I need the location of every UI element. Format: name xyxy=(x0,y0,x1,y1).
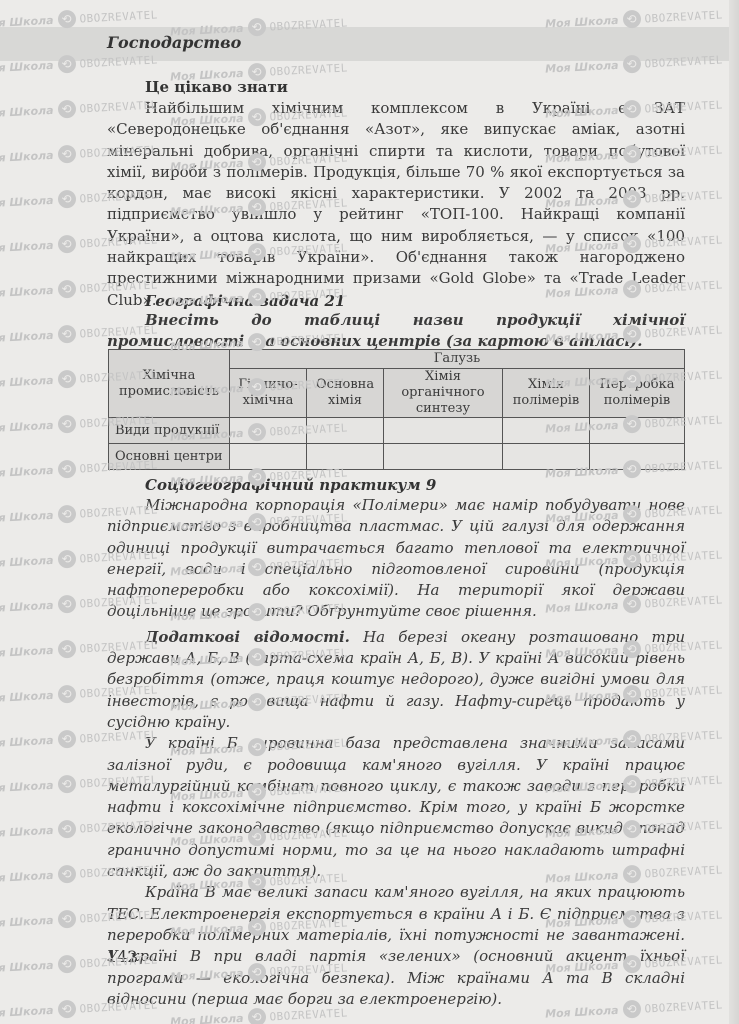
watermark-brand: Моя Школа xyxy=(0,1003,54,1020)
globe-arrow-icon: ⟲ xyxy=(57,640,76,659)
globe-arrow-icon: ⟲ xyxy=(57,820,76,839)
table-row-label: Основні центри xyxy=(109,444,230,470)
table-cell xyxy=(307,444,384,470)
globe-arrow-icon: ⟲ xyxy=(622,10,641,29)
table-row: Види продукції xyxy=(109,418,685,444)
watermark-brand: Моя Школа xyxy=(0,193,54,210)
watermark-brand: Моя Школа xyxy=(0,958,54,975)
info-paragraph: Найбільшим хімічним комплексом в Україні… xyxy=(107,98,685,311)
watermark-brand: Моя Школа xyxy=(0,733,54,750)
table-group-header: Галузь xyxy=(230,350,685,369)
table-cell xyxy=(384,444,503,470)
practicum-extra-info: Додаткові відомості. На березі океану ро… xyxy=(107,627,685,733)
watermark-name: OBOZREVATEL xyxy=(79,8,158,25)
table-cell xyxy=(230,444,307,470)
watermark-brand: Моя Школа xyxy=(0,328,54,345)
watermark-name: OBOZREVATEL xyxy=(269,61,348,78)
table-cell xyxy=(590,418,685,444)
watermark-brand: Моя Школа xyxy=(0,238,54,255)
table-row-label: Види продукції xyxy=(109,418,230,444)
practicum-country-b: У країні Б сировинна база представлена з… xyxy=(107,733,685,882)
section-title: Господарство xyxy=(107,33,241,52)
globe-arrow-icon: ⟲ xyxy=(57,460,76,479)
watermark-brand: Моя Школа xyxy=(0,778,54,795)
table-cell xyxy=(503,444,590,470)
extra-info-label: Додаткові відомості. xyxy=(145,628,350,646)
practicum-9-heading: Соціогеографічний практикум 9 xyxy=(145,476,436,494)
globe-arrow-icon: ⟲ xyxy=(57,415,76,434)
globe-arrow-icon: ⟲ xyxy=(57,10,76,29)
globe-arrow-icon: ⟲ xyxy=(57,595,76,614)
practicum-intro: Міжнародна корпорація «Полімери» має нам… xyxy=(107,495,685,623)
table-column-header: Переробка полімерів xyxy=(590,369,685,418)
watermark-brand: Моя Школа xyxy=(0,598,54,615)
watermark-brand: Моя Школа xyxy=(0,508,54,525)
task-21-instruction: Внесіть до таблиці назви продукції хіміч… xyxy=(107,310,685,353)
table-cell xyxy=(307,418,384,444)
page-number: 142 xyxy=(107,947,138,966)
watermark-brand: Моя Школа xyxy=(0,553,54,570)
table-cell xyxy=(590,444,685,470)
task-21-heading: Географічна задача 21 xyxy=(145,292,345,310)
table-column-header: Хімія полімерів xyxy=(503,369,590,418)
watermark-brand: Моя Школа xyxy=(0,103,54,120)
table-row: Основні центри xyxy=(109,444,685,470)
watermark-brand: Моя Школа xyxy=(0,823,54,840)
watermark-brand: Моя Школа xyxy=(0,418,54,435)
globe-arrow-icon: ⟲ xyxy=(57,550,76,569)
practicum-9-body: Міжнародна корпорація «Полімери» має нам… xyxy=(107,495,685,1010)
watermark-brand: Моя Школа xyxy=(0,463,54,480)
task-21-table: Хімічна промисловість Галузь Гірничо-хім… xyxy=(108,349,685,470)
globe-arrow-icon: ⟲ xyxy=(57,370,76,389)
watermark-brand: Моя Школа xyxy=(0,868,54,885)
globe-arrow-icon: ⟲ xyxy=(57,280,76,299)
watermark-brand: Моя Школа xyxy=(0,373,54,390)
globe-arrow-icon: ⟲ xyxy=(57,775,76,794)
practicum-country-v: Країна В має великі запаси кам'яного вуг… xyxy=(107,882,685,1010)
watermark-brand: Моя Школа xyxy=(0,283,54,300)
watermark-brand: Моя Школа xyxy=(0,643,54,660)
task-21-instruction-block: Внесіть до таблиці назви продукції хіміч… xyxy=(107,310,685,353)
globe-arrow-icon: ⟲ xyxy=(57,325,76,344)
globe-arrow-icon: ⟲ xyxy=(57,145,76,164)
watermark-brand: Моя Школа xyxy=(0,913,54,930)
globe-arrow-icon: ⟲ xyxy=(57,505,76,524)
table-cell xyxy=(503,418,590,444)
globe-arrow-icon: ⟲ xyxy=(57,910,76,929)
globe-arrow-icon: ⟲ xyxy=(57,1000,76,1019)
globe-arrow-icon: ⟲ xyxy=(57,865,76,884)
globe-arrow-icon: ⟲ xyxy=(57,190,76,209)
table-column-header: Хімія органічного синтезу xyxy=(384,369,503,418)
globe-arrow-icon: ⟲ xyxy=(57,100,76,119)
table-cell xyxy=(384,418,503,444)
watermark-brand: Моя Школа xyxy=(170,1011,244,1024)
table-cell xyxy=(230,418,307,444)
globe-arrow-icon: ⟲ xyxy=(57,685,76,704)
info-text-block: Найбільшим хімічним комплексом в Україні… xyxy=(107,98,685,311)
table-corner-header: Хімічна промисловість xyxy=(109,350,230,418)
info-heading: Це цікаво знати xyxy=(145,78,288,96)
watermark-name: OBOZREVATEL xyxy=(644,8,723,25)
watermark-brand: Моя Школа xyxy=(0,688,54,705)
watermark-brand: Моя Школа xyxy=(0,148,54,165)
globe-arrow-icon: ⟲ xyxy=(57,955,76,974)
table-column-header: Основна хімія xyxy=(307,369,384,418)
globe-arrow-icon: ⟲ xyxy=(57,235,76,254)
table-column-header: Гірничо-хімічна xyxy=(230,369,307,418)
page-edge-shadow xyxy=(729,0,739,1024)
globe-arrow-icon: ⟲ xyxy=(57,730,76,749)
